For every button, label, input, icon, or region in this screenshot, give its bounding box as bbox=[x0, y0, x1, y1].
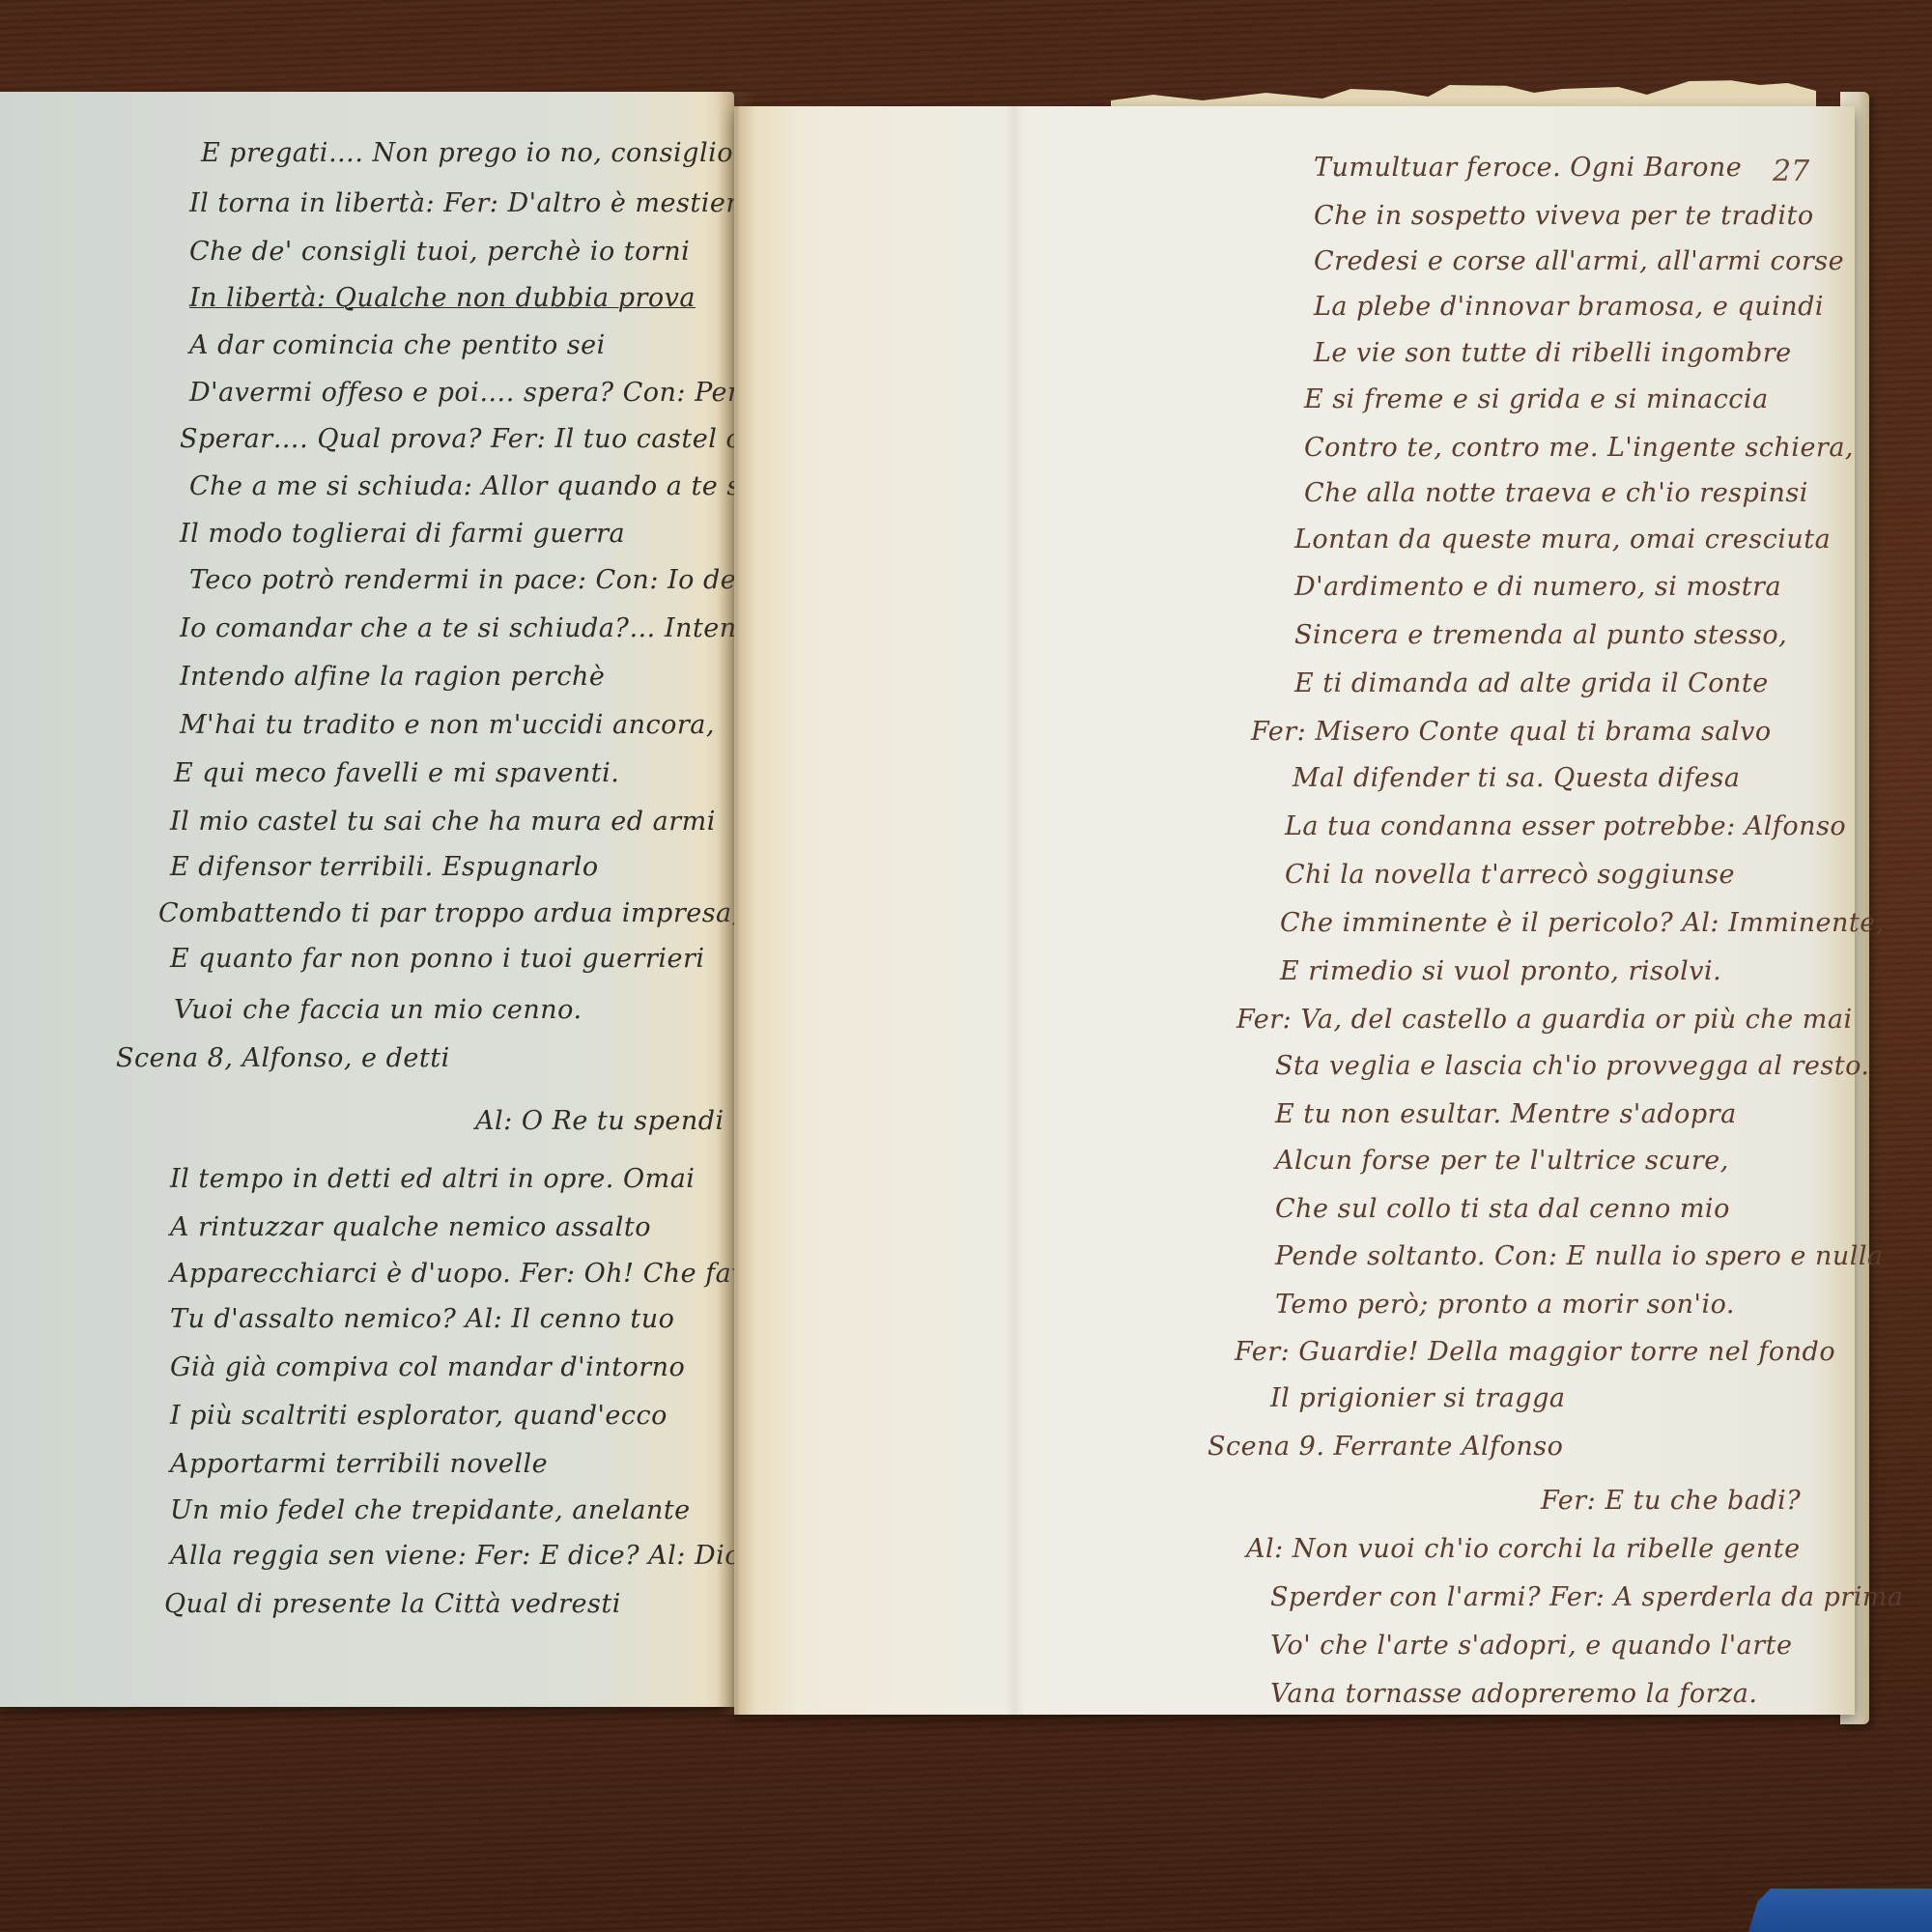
manuscript-line: Alcun forse per te l'ultrice scure, bbox=[1275, 1146, 1729, 1176]
manuscript-line: Fer: Va, del castello a guardia or più c… bbox=[1236, 1005, 1853, 1035]
manuscript-line: Che in sospetto viveva per te tradito bbox=[1314, 201, 1814, 231]
manuscript-line: E si freme e si grida e si minaccia bbox=[1304, 384, 1769, 414]
manuscript-line: In libertà: Qualche non dubbia prova bbox=[189, 283, 696, 313]
manuscript-line: Teco potrò rendermi in pace: Con: Io deg… bbox=[189, 565, 805, 595]
manuscript-line: Apportarmi terribili novelle bbox=[170, 1449, 548, 1479]
page-fold-crease bbox=[1005, 106, 1024, 1715]
manuscript-line: Il tempo in detti ed altri in opre. Omai bbox=[170, 1164, 695, 1194]
page-number: 27 bbox=[1773, 155, 1809, 188]
scene-heading: Scena 9. Ferrante Alfonso bbox=[1207, 1432, 1563, 1462]
manuscript-line: Mal difender ti sa. Questa difesa bbox=[1293, 763, 1740, 793]
scene-heading: Scena 8, Alfonso, e detti bbox=[116, 1043, 450, 1073]
manuscript-line: Che imminente è il pericolo? Al: Imminen… bbox=[1280, 908, 1885, 938]
manuscript-line: Un mio fedel che trepidante, anelante bbox=[170, 1495, 691, 1525]
manuscript-line: E difensor terribili. Espugnarlo bbox=[170, 852, 599, 882]
manuscript-line: Sperder con l'armi? Fer: A sperderla da … bbox=[1270, 1582, 1904, 1612]
manuscript-line: Apparecchiarci è d'uopo. Fer: Oh! Che fa… bbox=[170, 1259, 789, 1289]
manuscript-line: E ti dimanda ad alte grida il Conte bbox=[1294, 668, 1769, 698]
manuscript-line: E rimedio si vuol pronto, risolvi. bbox=[1280, 956, 1721, 986]
manuscript-line: A rintuzzar qualche nemico assalto bbox=[170, 1212, 651, 1242]
manuscript-line: A dar comincia che pentito sei bbox=[189, 330, 606, 360]
manuscript-line: Al: O Re tu spendi bbox=[475, 1106, 724, 1136]
manuscript-line: Pende soltanto. Con: E nulla io spero e … bbox=[1275, 1241, 1884, 1271]
left-manuscript-page: E pregati…. Non prego io no, consiglio I… bbox=[0, 92, 734, 1707]
manuscript-line: Fer: Guardie! Della maggior torre nel fo… bbox=[1235, 1337, 1835, 1367]
manuscript-line: Credesi e corse all'armi, all'armi corse bbox=[1314, 246, 1844, 276]
manuscript-line: Sincera e tremenda al punto stesso, bbox=[1294, 620, 1787, 650]
manuscript-line: Sta veglia e lascia ch'io provvegga al r… bbox=[1275, 1051, 1869, 1081]
manuscript-line: Combattendo ti par troppo ardua impresa, bbox=[158, 898, 741, 928]
right-manuscript-page: Tumultuar feroce. Ogni Barone Che in sos… bbox=[734, 106, 1855, 1715]
manuscript-line: Vo' che l'arte s'adopri, e quando l'arte bbox=[1270, 1631, 1792, 1661]
book-gutter bbox=[717, 92, 755, 1715]
manuscript-line: Già già compiva col mandar d'intorno bbox=[170, 1352, 685, 1382]
manuscript-line: Qual di presente la Città vedresti bbox=[164, 1589, 621, 1619]
manuscript-line: Che sul collo ti sta dal cenno mio bbox=[1275, 1194, 1730, 1224]
blue-box-corner bbox=[1748, 1889, 1932, 1932]
manuscript-line: La plebe d'innovar bramosa, e quindi bbox=[1314, 292, 1824, 322]
manuscript-line: Che alla notte traeva e ch'io respinsi bbox=[1304, 478, 1808, 508]
manuscript-line: I più scaltriti esplorator, quand'ecco bbox=[170, 1401, 668, 1431]
manuscript-line: Chi la novella t'arrecò soggiunse bbox=[1285, 860, 1735, 890]
manuscript-line: Tumultuar feroce. Ogni Barone bbox=[1314, 153, 1742, 183]
manuscript-line: Lontan da queste mura, omai cresciuta bbox=[1294, 525, 1831, 554]
manuscript-line: E tu non esultar. Mentre s'adopra bbox=[1275, 1099, 1737, 1129]
manuscript-line: Io comandar che a te si schiuda?… Intend… bbox=[180, 613, 770, 643]
manuscript-line: Al: Non vuoi ch'io corchi la ribelle gen… bbox=[1246, 1534, 1801, 1564]
manuscript-line: Che de' consigli tuoi, perchè io torni bbox=[189, 237, 690, 267]
manuscript-line: Fer: E tu che badi? bbox=[1541, 1486, 1801, 1516]
manuscript-line: Contro te, contro me. L'ingente schiera, bbox=[1304, 433, 1854, 463]
manuscript-line: Vana tornasse adopreremo la forza. bbox=[1270, 1679, 1757, 1709]
manuscript-line: Il prigionier si tragga bbox=[1270, 1383, 1565, 1413]
manuscript-line: La tua condanna esser potrebbe: Alfonso bbox=[1285, 811, 1846, 841]
manuscript-line: Fer: Misero Conte qual ti brama salvo bbox=[1251, 717, 1772, 747]
manuscript-line: D'ardimento e di numero, si mostra bbox=[1294, 572, 1781, 602]
manuscript-line: Vuoi che faccia un mio cenno. bbox=[174, 995, 582, 1025]
manuscript-line: Il modo toglierai di farmi guerra bbox=[180, 519, 625, 549]
manuscript-line: Il torna in libertà: Fer: D'altro è mest… bbox=[189, 188, 748, 218]
manuscript-line: E pregati…. Non prego io no, consiglio bbox=[201, 138, 733, 168]
manuscript-line: E quanto far non ponno i tuoi guerrieri bbox=[170, 944, 705, 974]
manuscript-line: Temo però; pronto a morir son'io. bbox=[1275, 1290, 1735, 1320]
manuscript-line: M'hai tu tradito e non m'uccidi ancora, bbox=[180, 710, 715, 740]
manuscript-line: Alla reggia sen viene: Fer: E dice? Al: … bbox=[170, 1541, 755, 1571]
manuscript-line: Intendo alfine la ragion perchè bbox=[180, 662, 605, 692]
manuscript-line: E qui meco favelli e mi spaventi. bbox=[174, 758, 619, 788]
manuscript-line: Il mio castel tu sai che ha mura ed armi bbox=[170, 807, 716, 837]
manuscript-line: Tu d'assalto nemico? Al: Il cenno tuo bbox=[170, 1304, 674, 1334]
manuscript-line: Le vie son tutte di ribelli ingombre bbox=[1314, 338, 1792, 368]
